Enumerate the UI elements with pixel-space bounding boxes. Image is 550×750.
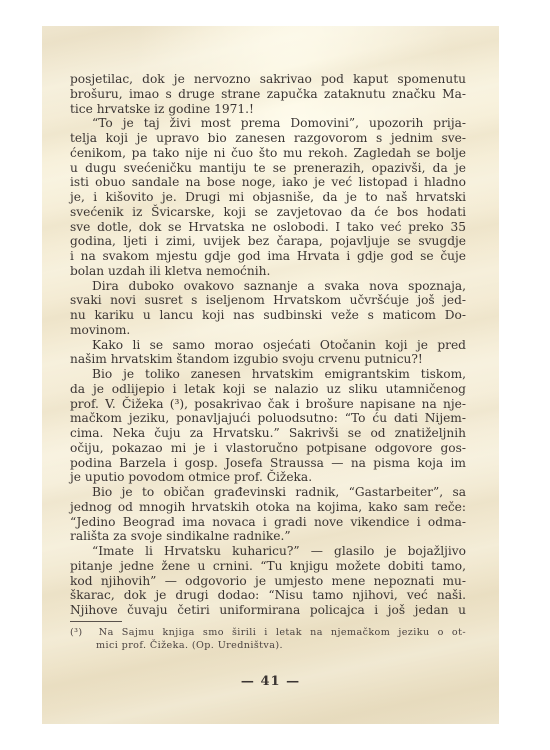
text-line: pitanje jedne žene u crnini. “Tu knjigu …	[70, 559, 466, 574]
text-line: i na svakom mjestu gdje god ima Hrvata i…	[70, 249, 466, 264]
text-line: u dugu svećeničku mantiju te se preneraz…	[70, 161, 466, 176]
text-line: movinom.	[70, 323, 466, 338]
footnote-marker: (³)	[70, 627, 83, 638]
text-line: sve dotle, dok se Hrvatska ne oslobodi. …	[70, 220, 466, 235]
text-line: posjetilac, dok je nervozno sakrivao pod…	[70, 72, 466, 87]
text-line: Njihove čuvaju četiri uniformirana polic…	[70, 603, 466, 618]
text-line: da je odlijepio i letak koji se nalazio …	[70, 382, 466, 397]
text-line: cima. Neka čuju za Hrvatsku.” Sakrivši s…	[70, 426, 466, 441]
text-line: očiju, pokazao mi je i vlastoručno potpi…	[70, 441, 466, 456]
text-line: Bio je to običan građevinski radnik, “Ga…	[70, 485, 466, 500]
text-line: bolan uzdah ili kletva nemoćnih.	[70, 264, 466, 279]
body-text: posjetilac, dok je nervozno sakrivao pod…	[70, 72, 466, 618]
text-line: rališta za svoje sindikalne radnike.”	[70, 529, 466, 544]
text-line: je uputio povodom otmice prof. Čižeka.	[70, 470, 466, 485]
text-line: našim hrvatskim štandom izgubio svoju cr…	[70, 352, 466, 367]
footnote: (³) Na Sajmu knjiga smo širili i letak n…	[70, 626, 466, 652]
text-line: prof. V. Čižeka (³), posakrivao čak i br…	[70, 397, 466, 412]
text-line: škarac, dok je drugi dodao: “Nisu tamo n…	[70, 588, 466, 603]
text-line: mačkom jeziku, ponavljajući poluodsutno:…	[70, 411, 466, 426]
text-line: svećenik iz Švicarske, koji se zavjetova…	[70, 205, 466, 220]
text-line: Dira duboko ovakovo saznanje a svaka nov…	[70, 279, 466, 294]
text-line: godina, ljeti i zimi, uvijek bez čarapa,…	[70, 234, 466, 249]
text-line: tice hrvatske iz godine 1971.!	[70, 102, 466, 117]
page-number: — 41 —	[42, 674, 499, 689]
text-line: brošuru, imao s druge strane zapučka zat…	[70, 87, 466, 102]
footnote-text-2: mici prof. Čižeka. (Op. Uredništva).	[70, 639, 466, 652]
text-line: “Imate li Hrvatsku kuharicu?” — glasilo …	[70, 544, 466, 559]
text-line: “Jedino Beograd ima novaca i gradi nove …	[70, 515, 466, 530]
text-line: kod njihovih” — odgovorio je umjesto men…	[70, 574, 466, 589]
text-line: je, i kišovito je. Drugi mi objasniše, d…	[70, 190, 466, 205]
text-line: Kako li se samo morao osjećati Otočanin …	[70, 338, 466, 353]
text-line: jednog od mnogih hrvatskih otoka na koji…	[70, 500, 466, 515]
text-line: podina Barzela i gosp. Josefa Straussa —…	[70, 456, 466, 471]
text-line: svaki novi susret s iseljenom Hrvatskom …	[70, 293, 466, 308]
text-line: nu kariku u lancu koji nas sudbinski vež…	[70, 308, 466, 323]
footnote-text-1: Na Sajmu knjiga smo širili i letak na nj…	[99, 627, 466, 638]
text-line: “To je taj živi most prema Domovini”, up…	[70, 116, 466, 131]
text-line: ćenikom, pa tako nije ni čuo što mu reko…	[70, 146, 466, 161]
book-page: posjetilac, dok je nervozno sakrivao pod…	[42, 26, 499, 724]
text-line: telja koji je upravo bio zanesen razgovo…	[70, 131, 466, 146]
text-line: Bio je toliko zanesen hrvatskim emigrant…	[70, 367, 466, 382]
footnote-divider	[70, 621, 122, 622]
footnote-line: (³) Na Sajmu knjiga smo širili i letak n…	[70, 626, 466, 639]
text-line: isti obuo sandale na bose noge, iako je …	[70, 175, 466, 190]
